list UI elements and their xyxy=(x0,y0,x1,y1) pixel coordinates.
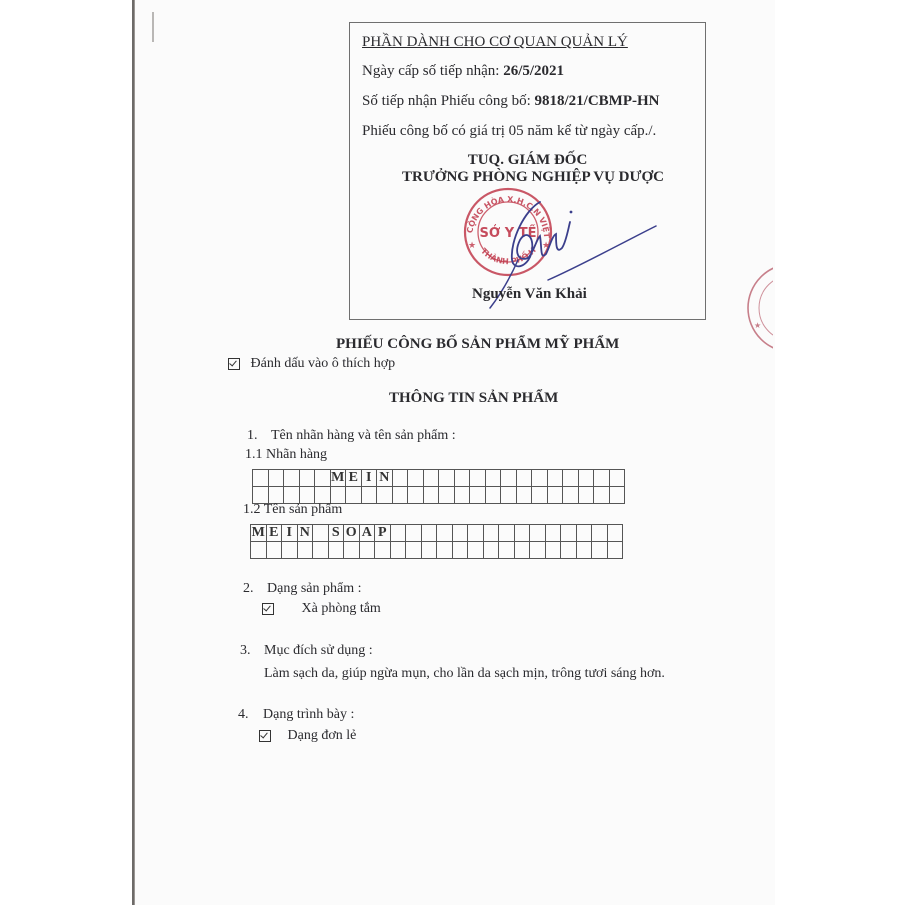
grid-cell[interactable] xyxy=(517,487,533,504)
product-label: 1.2 Tên sản phẩm xyxy=(243,502,342,518)
item-2-number: 2. xyxy=(243,581,254,597)
item-3-label: Mục đích sử dụng : xyxy=(264,643,373,659)
grid-cell[interactable] xyxy=(561,542,577,559)
grid-cell[interactable] xyxy=(484,542,500,559)
item-4-option: Dạng đơn lẻ xyxy=(259,728,356,744)
item-2-label: Dạng sản phẩm : xyxy=(267,581,361,597)
grid-cell[interactable] xyxy=(530,542,546,559)
form-title: PHIẾU CÔNG BỐ SẢN PHẨM MỸ PHẨM xyxy=(336,336,619,353)
grid-cell[interactable] xyxy=(594,487,610,504)
instruction-row: Đánh dấu vào ô thích hợp xyxy=(228,356,395,372)
grid-cell[interactable] xyxy=(406,542,422,559)
grid-cell[interactable] xyxy=(439,487,455,504)
grid-cell[interactable] xyxy=(284,470,300,487)
grid-cell[interactable] xyxy=(546,542,562,559)
grid-cell[interactable]: E xyxy=(267,525,283,542)
grid-cell[interactable] xyxy=(563,487,579,504)
checkbox-checked-icon[interactable] xyxy=(259,730,271,742)
grid-cell[interactable] xyxy=(608,542,624,559)
grid-cell[interactable] xyxy=(391,542,407,559)
grid-cell[interactable] xyxy=(360,542,376,559)
checkbox-checked-icon[interactable] xyxy=(262,603,274,615)
item-2-option: Xà phòng tắm xyxy=(262,601,381,617)
instruction-text: Đánh dấu vào ô thích hợp xyxy=(251,356,396,371)
signer-title-1: TUQ. GIÁM ĐỐC xyxy=(349,152,706,169)
grid-cell[interactable] xyxy=(548,470,564,487)
grid-cell[interactable] xyxy=(453,525,469,542)
grid-cell[interactable]: P xyxy=(375,525,391,542)
grid-cell[interactable] xyxy=(406,525,422,542)
grid-cell[interactable] xyxy=(424,470,440,487)
issue-date: Ngày cấp số tiếp nhận: 26/5/2021 xyxy=(362,63,564,80)
grid-cell[interactable]: M xyxy=(331,470,347,487)
grid-cell[interactable] xyxy=(530,525,546,542)
grid-cell[interactable] xyxy=(561,525,577,542)
grid-cell[interactable] xyxy=(515,542,531,559)
grid-cell[interactable] xyxy=(422,525,438,542)
grid-cell[interactable] xyxy=(453,542,469,559)
grid-cell[interactable] xyxy=(486,470,502,487)
grid-cell[interactable] xyxy=(393,487,409,504)
grid-cell[interactable] xyxy=(610,470,626,487)
grid-cell[interactable] xyxy=(592,525,608,542)
issue-date-value: 26/5/2021 xyxy=(503,63,564,79)
receipt-number: Số tiếp nhận Phiếu công bố: 9818/21/CBMP… xyxy=(362,93,660,110)
grid-cell[interactable] xyxy=(362,487,378,504)
checkbox-checked-icon[interactable] xyxy=(228,358,240,370)
item-3-value: Làm sạch da, giúp ngừa mụn, cho lần da s… xyxy=(264,666,665,682)
admin-heading: PHẦN DÀNH CHO CƠ QUAN QUẢN LÝ xyxy=(362,34,628,51)
item-1-number: 1. xyxy=(247,428,258,444)
grid-cell[interactable]: I xyxy=(282,525,298,542)
grid-cell[interactable] xyxy=(470,470,486,487)
grid-cell[interactable]: E xyxy=(346,470,362,487)
grid-cell[interactable] xyxy=(329,542,345,559)
grid-cell[interactable] xyxy=(408,487,424,504)
item-4-option-text: Dạng đơn lẻ xyxy=(288,728,357,743)
grid-cell[interactable]: O xyxy=(344,525,360,542)
grid-cell[interactable] xyxy=(375,542,391,559)
grid-cell[interactable] xyxy=(517,470,533,487)
grid-cell[interactable] xyxy=(532,470,548,487)
grid-cell[interactable] xyxy=(610,487,626,504)
item-1-label: Tên nhãn hàng và tên sản phẩm : xyxy=(271,428,456,444)
grid-cell[interactable] xyxy=(499,525,515,542)
grid-cell[interactable] xyxy=(548,487,564,504)
grid-cell[interactable] xyxy=(344,542,360,559)
grid-cell[interactable]: M xyxy=(251,525,267,542)
grid-cell[interactable] xyxy=(251,542,267,559)
grid-cell[interactable] xyxy=(608,525,624,542)
svg-text:★: ★ xyxy=(754,321,761,330)
issue-date-label: Ngày cấp số tiếp nhận: xyxy=(362,63,503,79)
grid-cell[interactable] xyxy=(437,525,453,542)
grid-cell[interactable] xyxy=(313,525,329,542)
grid-cell[interactable] xyxy=(594,470,610,487)
grid-cell[interactable] xyxy=(577,525,593,542)
grid-cell[interactable] xyxy=(313,542,329,559)
grid-cell[interactable] xyxy=(592,542,608,559)
brand-name-grid[interactable]: MEIN xyxy=(252,469,625,504)
item-3-number: 3. xyxy=(240,643,251,659)
grid-cell[interactable]: I xyxy=(362,470,378,487)
grid-cell[interactable] xyxy=(408,470,424,487)
grid-cell[interactable] xyxy=(300,470,316,487)
grid-cell[interactable] xyxy=(424,487,440,504)
grid-cell[interactable] xyxy=(468,542,484,559)
grid-cell[interactable] xyxy=(579,470,595,487)
grid-cell[interactable] xyxy=(439,470,455,487)
grid-cell[interactable] xyxy=(468,525,484,542)
grid-cell[interactable] xyxy=(546,525,562,542)
grid-cell[interactable] xyxy=(253,470,269,487)
grid-cell[interactable]: A xyxy=(360,525,376,542)
scan-mark xyxy=(152,12,154,42)
grid-cell[interactable] xyxy=(377,487,393,504)
grid-cell[interactable] xyxy=(393,470,409,487)
grid-cell[interactable]: N xyxy=(377,470,393,487)
grid-cell[interactable] xyxy=(515,525,531,542)
item-4-number: 4. xyxy=(238,707,249,723)
partial-stamp-icon: ★ xyxy=(744,260,773,356)
validity-text: Phiếu công bố có giá trị 05 năm kể từ ng… xyxy=(362,123,656,140)
section-title: THÔNG TIN SẢN PHẨM xyxy=(389,390,558,407)
grid-cell[interactable]: S xyxy=(329,525,345,542)
product-name-grid[interactable]: MEINSOAP xyxy=(250,524,623,559)
grid-cell[interactable] xyxy=(455,487,471,504)
item-2-option-text: Xà phòng tắm xyxy=(302,601,381,616)
grid-cell[interactable] xyxy=(298,542,314,559)
grid-cell[interactable] xyxy=(391,525,407,542)
grid-cell[interactable] xyxy=(577,542,593,559)
grid-cell[interactable] xyxy=(455,470,471,487)
item-4-label: Dạng trình bày : xyxy=(263,707,354,723)
grid-cell[interactable] xyxy=(563,470,579,487)
grid-cell[interactable] xyxy=(499,542,515,559)
signer-title-2: TRƯỞNG PHÒNG NGHIỆP VỤ DƯỢC xyxy=(402,169,664,186)
grid-cell[interactable] xyxy=(532,487,548,504)
grid-cell[interactable] xyxy=(579,487,595,504)
grid-cell[interactable] xyxy=(282,542,298,559)
brand-label: 1.1 Nhãn hàng xyxy=(245,447,327,463)
grid-cell[interactable] xyxy=(470,487,486,504)
signer-name: Nguyễn Văn Khải xyxy=(472,286,587,303)
receipt-number-label: Số tiếp nhận Phiếu công bố: xyxy=(362,93,535,109)
grid-cell[interactable] xyxy=(267,542,283,559)
grid-cell[interactable] xyxy=(422,542,438,559)
grid-cell[interactable] xyxy=(437,542,453,559)
grid-cell[interactable] xyxy=(501,470,517,487)
grid-cell[interactable] xyxy=(315,470,331,487)
receipt-number-value: 9818/21/CBMP-HN xyxy=(535,93,660,109)
grid-cell[interactable] xyxy=(484,525,500,542)
grid-cell[interactable]: N xyxy=(298,525,314,542)
grid-cell[interactable] xyxy=(346,487,362,504)
grid-cell[interactable] xyxy=(501,487,517,504)
grid-cell[interactable] xyxy=(269,470,285,487)
grid-cell[interactable] xyxy=(486,487,502,504)
